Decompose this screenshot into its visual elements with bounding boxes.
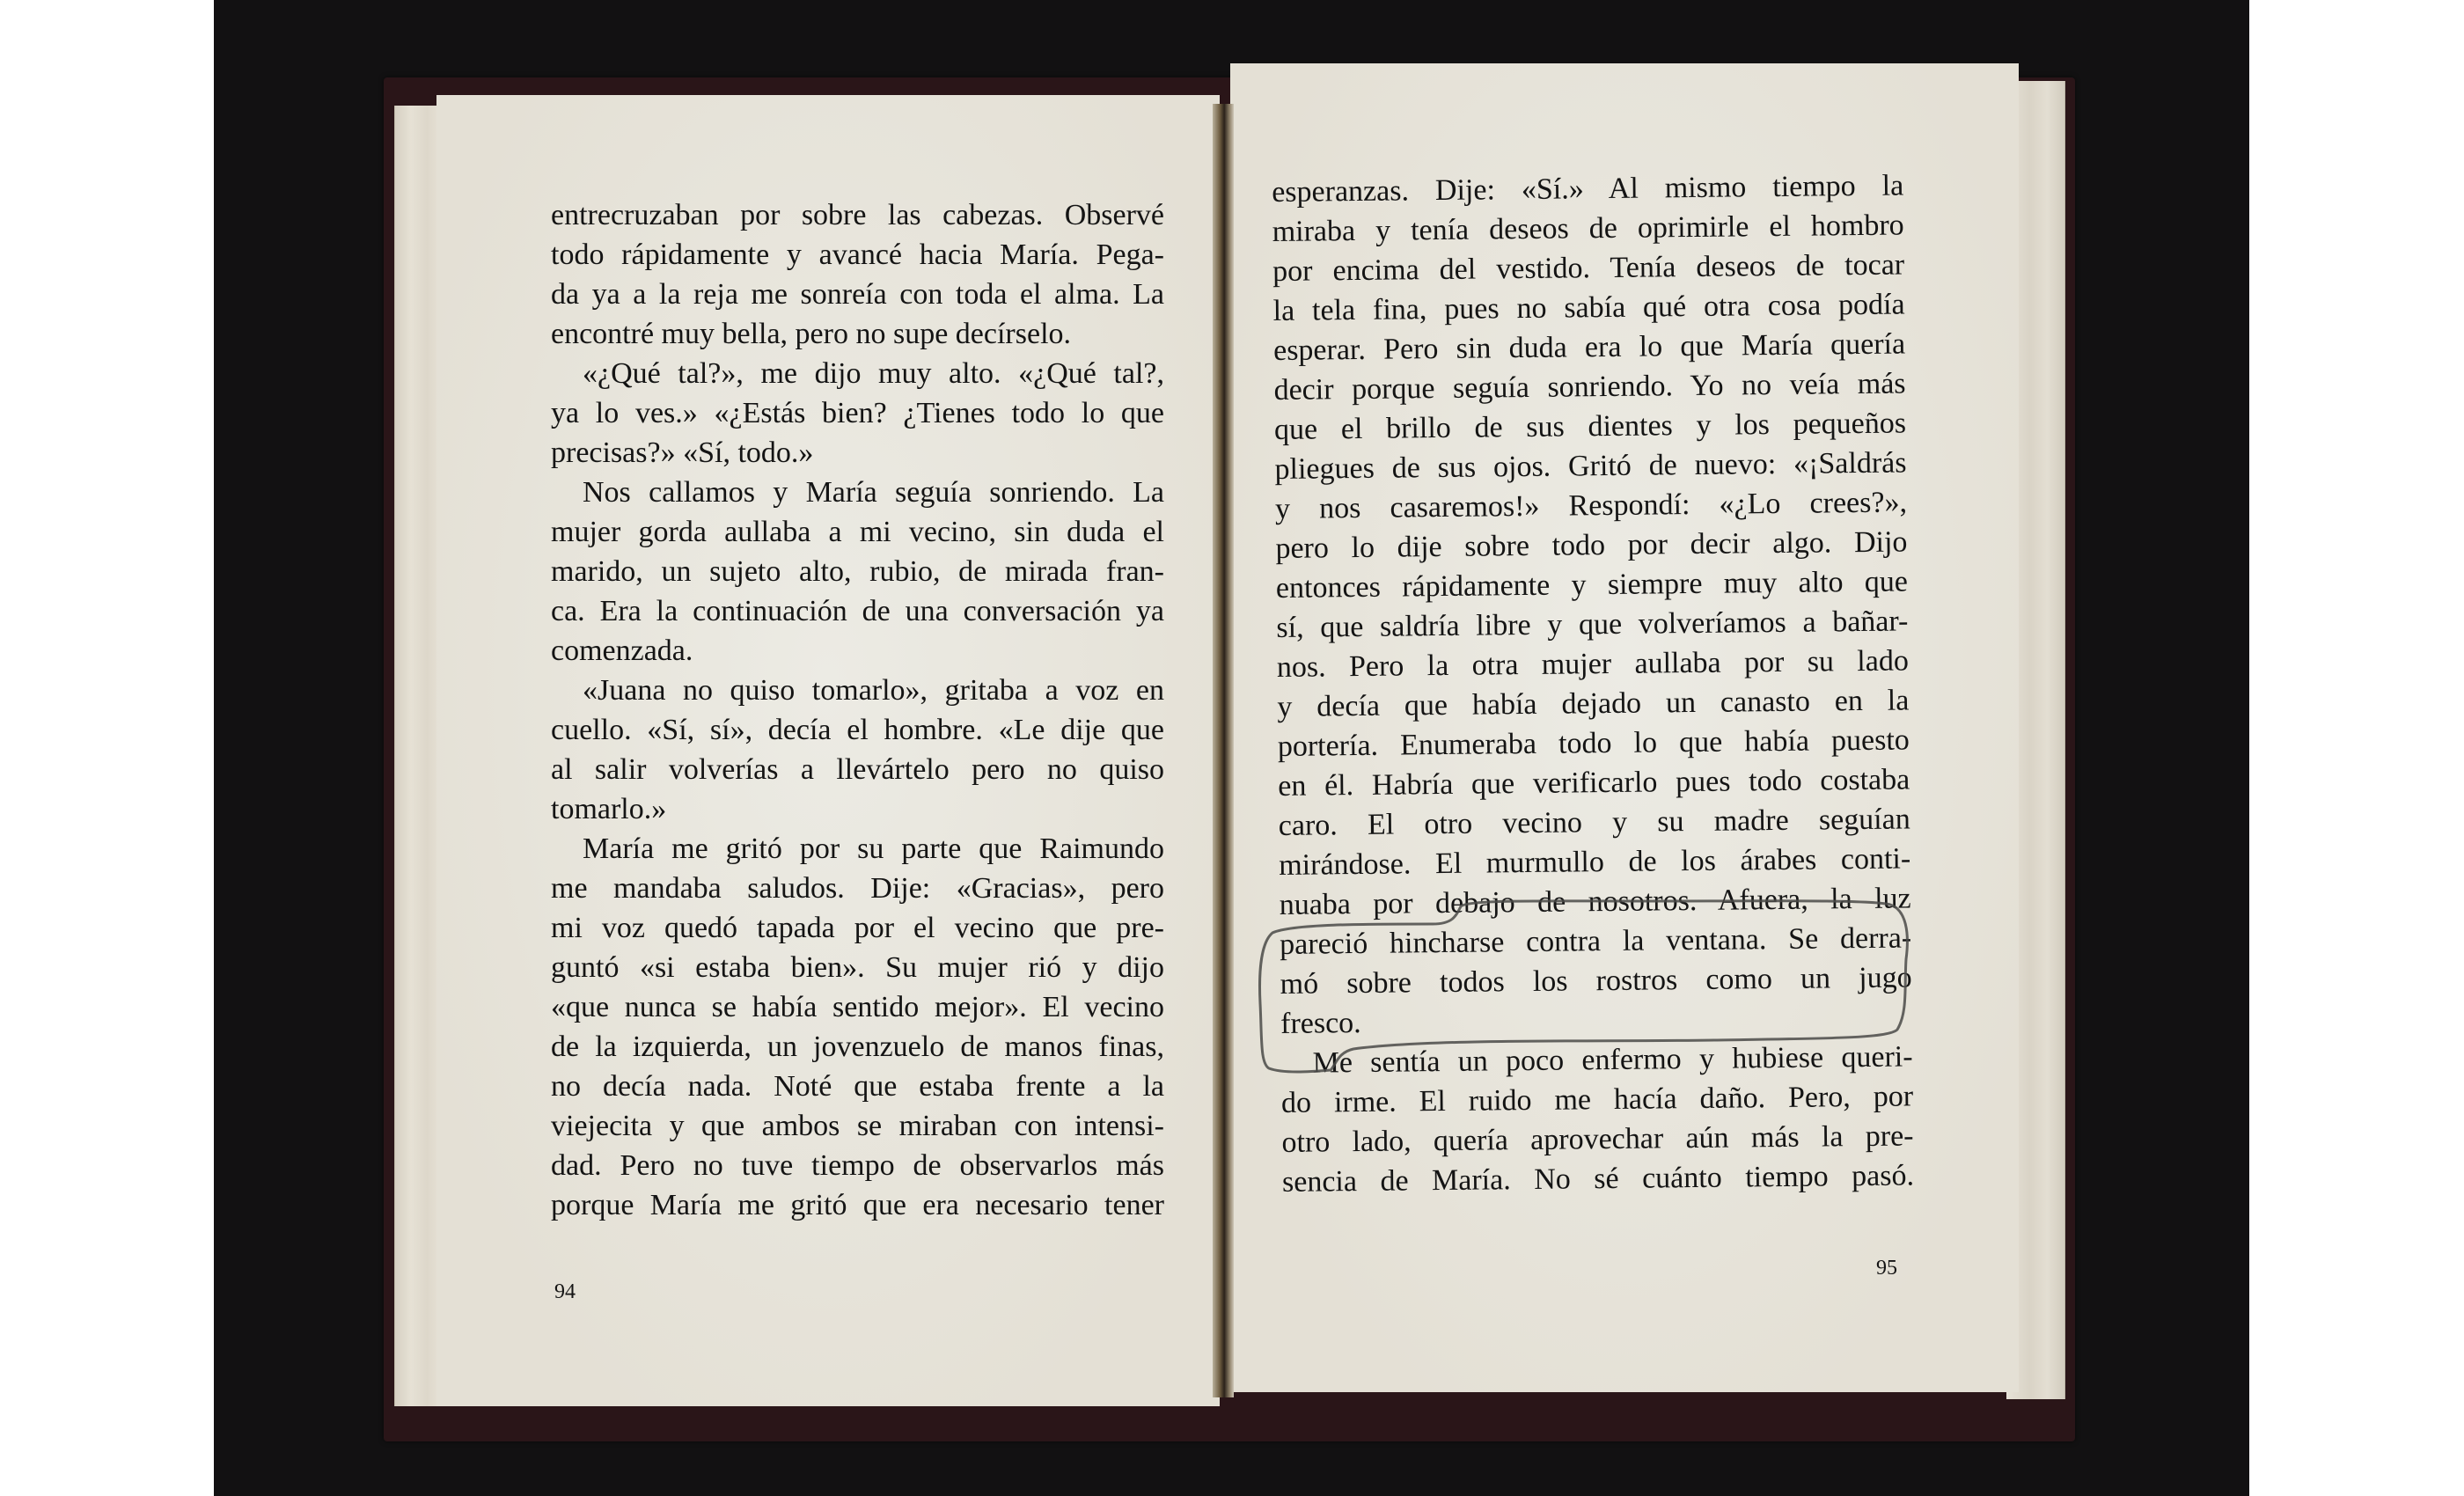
- text-line: decir porque seguía sonriendo. Yo no veí…: [1273, 363, 1905, 410]
- text-line: viejecita y que ambos se miraban con int…: [551, 1106, 1164, 1146]
- left-page-text: entrecruzaban por sobre las cabezas. Obs…: [551, 195, 1164, 1225]
- text-line: pero lo dije sobre todo por decir algo. …: [1275, 522, 1907, 568]
- text-line: pareció hincharse contra la ventana. Se …: [1280, 918, 1911, 964]
- text-line: «¿Qué tal?», me dijo muy alto. «¿Qué tal…: [551, 354, 1164, 393]
- text-line: precisas?» «Sí, todo.»: [551, 433, 1164, 473]
- text-line: guntó «si estaba bien». Su mujer rió y d…: [551, 948, 1164, 987]
- text-line: me mandaba saludos. Dije: «Gracias», per…: [551, 869, 1164, 908]
- text-line: dad. Pero no tuve tiempo de observarlos …: [551, 1146, 1164, 1185]
- text-line: entrecruzaban por sobre las cabezas. Obs…: [551, 195, 1164, 235]
- page-number-left: 94: [554, 1280, 576, 1304]
- text-line: entonces rápidamente y siempre muy alto …: [1276, 561, 1908, 608]
- text-line: miraba y tenía deseos de oprimirle el ho…: [1272, 205, 1903, 252]
- text-line: Me sentía un poco enfermo y hubiese quer…: [1280, 1037, 1912, 1083]
- text-line: María me gritó por su parte que Raimundo: [551, 829, 1164, 869]
- text-line: mirándose. El murmullo de los árabes con…: [1279, 839, 1910, 885]
- text-line: mó sobre todos los rostros como un jugo: [1280, 957, 1911, 1004]
- text-line: «que nunca se había sentido mejor». El v…: [551, 987, 1164, 1027]
- text-line: portería. Enumeraba todo lo que había pu…: [1278, 720, 1910, 766]
- text-line: nuaba por debajo de nosotros. Afuera, la…: [1279, 878, 1910, 925]
- text-line: que el brillo de sus dientes y los peque…: [1274, 403, 1906, 450]
- text-line: nos. Pero la otra mujer aullaba por su l…: [1277, 641, 1909, 687]
- text-line: en él. Habría que verificarlo pues todo …: [1278, 759, 1910, 806]
- text-line: por encima del vestido. Tenía deseos de …: [1272, 245, 1904, 291]
- page-number-right: 95: [1876, 1257, 1897, 1280]
- text-line: encontré muy bella, pero no supe decírse…: [551, 314, 1164, 354]
- text-line: ca. Era la continuación de una conversac…: [551, 591, 1164, 631]
- text-line: cuello. «Sí, sí», decía el hombre. «Le d…: [551, 710, 1164, 750]
- text-line: todo rápidamente y avancé hacia María. P…: [551, 235, 1164, 275]
- text-line: Nos callamos y María seguía sonriendo. L…: [551, 473, 1164, 512]
- text-line: otro lado, quería aprovechar aún más la …: [1281, 1116, 1913, 1162]
- text-line: caro. El otro vecino y su madre seguían: [1279, 799, 1910, 846]
- text-line: ya lo ves.» «¿Estás bien? ¿Tienes todo l…: [551, 393, 1164, 433]
- text-line: marido, un sujeto alto, rubio, de mirada…: [551, 552, 1164, 591]
- text-line: do irme. El ruido me hacía daño. Pero, p…: [1281, 1076, 1913, 1123]
- text-line: porque María me gritó que era necesario …: [551, 1185, 1164, 1225]
- text-line: esperanzas. Dije: «Sí.» Al mismo tiempo …: [1272, 165, 1903, 212]
- text-line: tomarlo.»: [551, 789, 1164, 829]
- text-line: sí, que saldría libre y que volveríamos …: [1276, 601, 1908, 648]
- text-line: pliegues de sus ojos. Gritó de nuevo: «¡…: [1274, 443, 1906, 489]
- text-line: mi voz quedó tapada por el vecino que pr…: [551, 908, 1164, 948]
- text-line: mujer gorda aullaba a mi vecino, sin dud…: [551, 512, 1164, 552]
- text-line: esperar. Pero sin duda era lo que María …: [1273, 324, 1905, 370]
- book-gutter: [1213, 104, 1234, 1397]
- text-line: comenzada.: [551, 631, 1164, 671]
- text-line: da ya a la reja me sonreía con toda el a…: [551, 275, 1164, 314]
- text-line: y decía que había dejado un canasto en l…: [1277, 680, 1909, 727]
- right-page-text: esperanzas. Dije: «Sí.» Al mismo tiempo …: [1272, 165, 1914, 1201]
- text-line: fresco.: [1280, 997, 1912, 1044]
- text-line: la tela fina, pues no sabía qué otra cos…: [1272, 284, 1904, 331]
- text-line: sencia de María. No sé cuánto tiempo pas…: [1282, 1155, 1914, 1202]
- text-line: no decía nada. Noté que estaba frente a …: [551, 1067, 1164, 1106]
- text-line: «Juana no quiso tomarlo», gritaba a voz …: [551, 671, 1164, 710]
- text-line: de la izquierda, un jovenzuelo de manos …: [551, 1027, 1164, 1067]
- text-line: y nos casaremos!» Respondí: «¿Lo crees?»…: [1275, 482, 1907, 529]
- text-line: al salir volverías a llevártelo pero no …: [551, 750, 1164, 789]
